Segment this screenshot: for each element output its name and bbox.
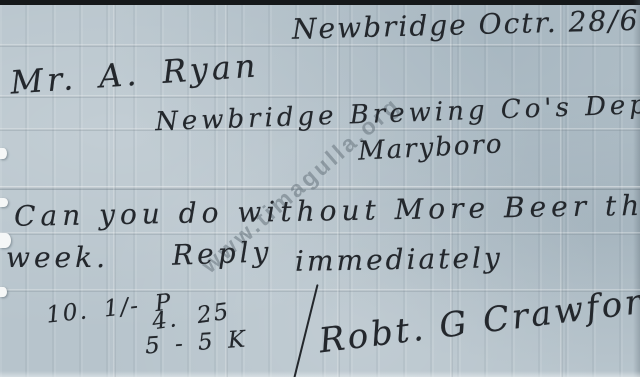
fold-crease-horizontal bbox=[0, 186, 640, 190]
paper-tear bbox=[0, 287, 7, 297]
address-town-line: Maryboro bbox=[357, 129, 504, 167]
scan-edge-bottom bbox=[0, 371, 640, 377]
fold-crease-horizontal bbox=[0, 232, 640, 235]
paper-tear bbox=[0, 198, 8, 207]
body-line-1: Can you do without More Beer this bbox=[14, 188, 640, 233]
body-word-week: week. bbox=[6, 241, 109, 274]
paper-tear bbox=[0, 148, 7, 159]
signature-flourish bbox=[293, 284, 318, 377]
date-line: Newbridge Octr. 28/69 bbox=[292, 3, 640, 46]
letter-scan: www.timagulla.org Newbridge Octr. 28/69 … bbox=[0, 0, 640, 377]
addressee-line: Mr. A. Ryan bbox=[9, 46, 261, 101]
scan-edge-top bbox=[0, 0, 640, 5]
body-word-reply: Reply bbox=[171, 235, 272, 271]
body-word-immediately: immediately bbox=[295, 241, 503, 278]
fold-crease-horizontal bbox=[0, 289, 640, 292]
